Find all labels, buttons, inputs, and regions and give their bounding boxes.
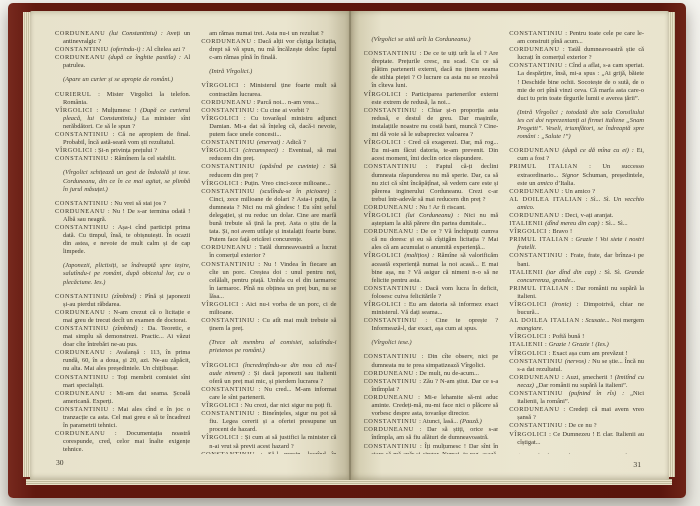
- speaker-name: ITALIENII: [509, 269, 543, 276]
- stage-direction-inline: (zîmbind) :: [112, 293, 142, 300]
- speaker-name: VÎRGOLICI: [509, 350, 547, 357]
- speaker-name: CORDUNEANU: [55, 30, 105, 37]
- speaker-name: CORDUNEANU: [201, 38, 251, 45]
- stage-direction-inline: (zîmbind) :: [113, 325, 144, 332]
- stage-direction-inline: (enervat) :: [257, 139, 284, 146]
- speaker-name: VÎRGOLICI: [201, 147, 239, 154]
- speaker-name: PRIMUL ITALIAN: [509, 236, 569, 243]
- dialogue-line: CONSTANTINIU : Frate, frate, dar brînza-…: [509, 252, 644, 268]
- speaker-name: CONSTANTINIU: [55, 200, 109, 207]
- speaker-name: CORDUNEANU: [55, 390, 105, 397]
- page-number-right: 31: [633, 460, 641, 469]
- speaker-name: CORDUNEANU: [364, 370, 414, 377]
- speaker-name: CORDUNEANU: [509, 188, 559, 195]
- stage-direction-inline: (oferindu-i) :: [111, 46, 145, 53]
- dialogue-line: CONSTANTINIU : Bineînțeles, sigur nu pot…: [201, 410, 336, 434]
- dialogue-line: CORDUNEANU : Dacă alții vor cîștiga lici…: [201, 38, 336, 62]
- dialogue-line: VÎRGOLICI : Ministerul ține foarte mult …: [201, 82, 336, 98]
- speaker-name: CORDUNEANU: [509, 46, 559, 53]
- dialogue-line: CONSTANTINIU : Dacă vom lucra în deficit…: [364, 285, 499, 301]
- dialogue-line: CONSTANTINIU : Pentru toate cele pe care…: [509, 30, 644, 46]
- dialogue-line: CORDUNEANU : Nu ! De s-ar termina odată …: [55, 208, 190, 224]
- speaker-name: CONSTANTINIU: [201, 163, 255, 170]
- stage-direction-inline: mangiare: [517, 325, 541, 332]
- dialogue-line: VÎRGOLICI : Cred că exagerezi. Dar, mă r…: [364, 139, 499, 163]
- dialogue-line: ITALIENII (iar dînd din cap) : Sì. Sì. G…: [509, 269, 644, 285]
- stage-direction: (Apare un curier și se apropie de români…: [55, 76, 190, 84]
- speaker-name: VÎRGOLICI: [201, 115, 239, 122]
- dialogue-line: CORDUNEANU : De mult, nu de-acum...: [364, 370, 499, 378]
- dialogue-line: CONSTANTINIU (nervos) : Nu se știe... În…: [509, 358, 644, 374]
- dialogue-line: CONSTANTINIU : Cu cine ai vorbit ?: [201, 107, 336, 115]
- speaker-name: CORDUNEANU: [55, 208, 105, 215]
- speaker-name: VÎRGOLICI: [201, 362, 239, 369]
- dialogue-line: CONSTANTINIU : De ce te uiți urît la el …: [364, 50, 499, 90]
- speaker-name: AL DOILEA ITALIAN: [509, 196, 582, 203]
- dialogue-continuation: am rămas numai trei. Asta nu-i un rezult…: [201, 30, 336, 38]
- speaker-name: VÎRGOLICI: [364, 252, 402, 259]
- dialogue-line: CONSTANTINIU : Din cîte observ, nici pe …: [364, 353, 499, 369]
- page-number-left: 30: [56, 458, 64, 467]
- speaker-name: VÎRGOLICI: [364, 301, 402, 308]
- stage-direction-inline: amico: [537, 180, 553, 187]
- speaker-name: CORDUNEANU: [201, 99, 251, 106]
- speaker-name: CONSTANTINIU: [509, 390, 563, 397]
- dialogue-line: CONSTANTINIU : Așa-i cînd participi prim…: [55, 224, 190, 256]
- stage-direction-inline: (ironic) :: [552, 301, 579, 308]
- dialogue-line: CORDUNEANU : Parcă noi... n-am vrea...: [201, 99, 336, 107]
- dialogue-line: CORDUNEANU : Credeți că mai avem vreo șa…: [509, 406, 644, 422]
- speaker-name: PRIMUL ITALIAN: [509, 163, 577, 170]
- dialogue-line: CONSTANTINIU : Chiar și-n proporția asta…: [364, 107, 499, 139]
- speaker-name: CONSTANTINIU: [55, 406, 109, 413]
- stage-direction: (Japonezii, plictisiți, se îndreaptă spr…: [55, 262, 190, 286]
- speaker-name: CORDUNEANU: [509, 374, 559, 381]
- speaker-name: CONSTANTINIU: [55, 131, 109, 138]
- speaker-name: VÎRGOLICI: [509, 228, 547, 235]
- dialogue-line: PRIMUL ITALIAN : Grazie ! Voi siete i no…: [509, 236, 644, 252]
- dialogue-line: VÎRGOLICI (malițios) : Rămîne să valorif…: [364, 252, 499, 284]
- dialogue-line: CONSTANTINIU (zîmbind) : Da. Teoretic, e…: [55, 325, 190, 349]
- dialogue-line: CORDUNEANU : De ce ? Vă închipuiți cumva…: [364, 228, 499, 252]
- speaker-name: ITALIENII: [509, 220, 543, 227]
- dialogue-line: CORDUNEANU : Dar să știți, orice s-ar în…: [364, 426, 499, 442]
- speaker-name: CORDUNEANU: [509, 406, 559, 413]
- dialogue-line: VÎRGOLICI : Participarea partenerilor ex…: [364, 91, 499, 107]
- speaker-name: CONSTANTINIU: [509, 62, 563, 69]
- dialogue-line: VÎRGOLICI : Exact așa cum am prevăzut !: [509, 350, 644, 358]
- dialogue-line: VÎRGOLICI (lui Corduneanu) : Nici nu mă …: [364, 212, 499, 228]
- speaker-name: VÎRGOLICI: [201, 402, 239, 409]
- speaker-name: CONSTANTINIU: [201, 107, 255, 114]
- speaker-name: CONSTANTINIU: [201, 261, 255, 268]
- dialogue-line: CORDUNEANU (după ce dă mîna cu ei) : Ei,…: [509, 147, 644, 163]
- speaker-name: CORDUNEANU: [364, 228, 414, 235]
- dialogue-line: CONSTANTINIU : Să-l previn, lucrînd în p…: [201, 451, 336, 454]
- dialogue-line: CORDUNEANU : Avalanșă : 113, în prima ru…: [55, 349, 190, 373]
- speaker-name: VÎRGOLICI: [201, 434, 239, 441]
- speaker-name: CORDUNEANU: [509, 212, 559, 219]
- speaker-name: CONSTANTINIU: [201, 317, 255, 324]
- speaker-name: CORDUNEANU: [201, 244, 251, 251]
- book-spread: CORDUNEANU (lui Constantiniu) : Aveți un…: [30, 11, 669, 480]
- stage-direction: (Intră Vîrgolici ; totodată din sala Con…: [509, 109, 644, 141]
- speaker-name: CONSTANTINIU: [509, 30, 563, 37]
- dialogue-line: CORDUNEANU : Tatăl dumneavoastră știe că…: [509, 46, 644, 62]
- speaker-name: CONSTANTINIU: [364, 418, 418, 425]
- dialogue-line: CONSTANTINIU : Nu cred... M-am informat …: [201, 386, 336, 402]
- dialogue-line: CURIERUL : Mister Virgolici la telefon. …: [55, 91, 190, 107]
- stage-direction-inline: (circumspect) :: [243, 147, 284, 154]
- speaker-name: AL DOILEA ITALIAN: [509, 317, 579, 324]
- dialogue-line: VÎRGOLICI : Poftă bună !: [509, 333, 644, 341]
- dialogue-line: CONSTANTINIU (apăsînd pe cuvinte) : Să r…: [201, 163, 336, 179]
- speaker-name: CORDUNEANU: [364, 426, 414, 433]
- speaker-name: CONSTANTINIU: [55, 224, 109, 231]
- dialogue-line: VÎRGOLICI : Cu tovarășul ministru adjunc…: [201, 115, 336, 139]
- dialogue-line: CONSTANTINIU : Îți mulțumesc ! Dar sînt …: [364, 443, 499, 455]
- speaker-name: CURIERUL: [55, 91, 91, 98]
- speaker-name: CONSTANTINIU: [509, 252, 563, 259]
- dialogue-line: CORDUNEANU : Auzi, șmecherii ! (Imitînd …: [509, 374, 644, 390]
- dialogue-line: VÎRGOLICI : Nu crezi, dar nici sigur nu …: [201, 402, 336, 410]
- speaker-name: CONSTANTINIU: [364, 285, 418, 292]
- speaker-name: CONSTANTINIU: [201, 451, 255, 454]
- speaker-name: CONSTANTINIU: [55, 155, 109, 162]
- stage-direction-inline: (iar dînd din cap) :: [546, 269, 601, 276]
- speaker-name: CONSTANTINIU: [55, 374, 109, 381]
- stage-direction-inline: (sculîndu-se în picioare) :: [260, 188, 337, 195]
- text-column-left-2: am rămas numai trei. Asta nu-i un rezult…: [201, 30, 336, 454]
- speaker-name: CONSTANTINIU: [364, 107, 418, 114]
- dialogue-line: CORDUNEANU : Documentația noastră coresp…: [55, 430, 190, 454]
- dialogue-line: CONSTANTINIU : Nu ! Vindea în fiecare an…: [201, 261, 336, 301]
- dialogue-line: CONSTANTINIU : Mai ales cînd e în joc o …: [55, 406, 190, 430]
- dialogue-line: CONSTANTINIU (oferindu-i) : Al cîtelea a…: [55, 46, 190, 54]
- speaker-name: CORDUNEANU: [55, 54, 105, 61]
- speaker-name: CONSTANTINIU: [201, 386, 255, 393]
- speaker-name: PRIMUL ITALIAN: [509, 285, 569, 292]
- speaker-name: VÎRGOLICI: [55, 107, 93, 114]
- speaker-name: VÎRGOLICI: [509, 431, 547, 438]
- text-column-left-1: CORDUNEANU (lui Constantiniu) : Aveți un…: [55, 30, 190, 454]
- speaker-name: CONSTANTINIU: [55, 293, 109, 300]
- speaker-name: VÎRGOLICI: [509, 301, 547, 308]
- dialogue-line: CONSTANTINIU : Zău ? N-am știut. Dar ce …: [364, 378, 499, 394]
- text-column-right-1: (Vîrgolici se uită urît la Corduneanu.)C…: [364, 30, 499, 454]
- dialogue-line: VÎRGOLICI : Și-n privința prețului ?: [55, 147, 190, 155]
- dialogue-line: VÎRGOLICI : Mulțumesc ! (După ce curieru…: [55, 107, 190, 131]
- speaker-name: CORDUNEANU: [509, 147, 559, 154]
- dialogue-line: AL DOILEA ITALIAN : Scusate... Noi merge…: [509, 317, 644, 333]
- dialogue-line: PRIMUL ITALIAN : Dar românii nu supără l…: [509, 285, 644, 301]
- dialogue-line: CONSTANTINIU (enervat) : Adică ?: [201, 139, 336, 147]
- book-cover: CORDUNEANU (lui Constantiniu) : Aveți un…: [8, 3, 686, 498]
- stage-direction: (Vîrgolici se uită urît la Corduneanu.): [364, 36, 499, 44]
- stage-direction-inline: (Pauză.): [460, 418, 482, 425]
- dialogue-line: ITALIENII : Grazie ! Grazie ! (Ies.): [509, 341, 644, 349]
- stage-direction-inline: (lui Constantiniu) :: [109, 30, 163, 37]
- speaker-name: CONSTANTINIU: [364, 317, 418, 324]
- stage-direction-inline: (pufnind în rîs) :: [569, 390, 624, 397]
- dialogue-line: CONSTANTINIU : Atunci, lasă... (Pauză.): [364, 418, 499, 426]
- stage-direction: (Vîrgolici iese.): [364, 339, 499, 347]
- dialogue-line: CONSTANTINIU : De ce nu ?: [509, 422, 644, 430]
- dialogue-line: CONSTANTINIU (zîmbind) : Pînă și japonez…: [55, 293, 190, 309]
- dialogue-line: CORDUNEANU : Deci, v-ați aranjat.: [509, 212, 644, 220]
- speaker-name: CONSTANTINIU: [55, 325, 109, 332]
- stage-direction-inline: (Ies.): [595, 341, 608, 348]
- page-left: CORDUNEANU (lui Constantiniu) : Aveți un…: [30, 11, 350, 480]
- stage-direction-inline: (malițios) :: [404, 252, 434, 259]
- speaker-name: CONSTANTINIU: [201, 139, 255, 146]
- speaker-name: VÎRGOLICI: [201, 301, 239, 308]
- dialogue-line: CONSTANTINIU : Toți membrii comisiei sîn…: [55, 374, 190, 390]
- photo-background: CORDUNEANU (lui Constantiniu) : Aveți un…: [0, 0, 700, 506]
- speaker-name: VÎRGOLICI: [201, 82, 239, 89]
- speaker-name: CONSTANTINIU: [364, 443, 418, 450]
- page-right: (Vîrgolici se uită urît la Corduneanu.)C…: [350, 11, 670, 480]
- dialogue-line: CORDUNEANU : Un amico ?: [509, 188, 644, 196]
- dialogue-line: CONSTANTINIU : Faptul că-ți declini dumn…: [364, 163, 499, 203]
- dialogue-line: PRIMUL ITALIAN : Un successo extraordina…: [509, 163, 644, 187]
- stage-direction-inline: (după ce dă mîna cu ei) :: [562, 147, 634, 154]
- speaker-name: CORDUNEANU: [364, 204, 414, 211]
- speaker-name: CORDUNEANU: [55, 430, 105, 437]
- dialogue-line: CORDUNEANU : Nu ! Ar fi riscant.: [364, 204, 499, 212]
- speaker-name: CONSTANTINIU: [509, 358, 563, 365]
- speaker-name: CONSTANTINIU: [201, 410, 255, 417]
- stage-direction: (Intră Vîrgolici.): [201, 68, 336, 76]
- stage-direction-inline: Scusate...: [585, 317, 609, 324]
- dialogue-line: CONSTANTINIU : Că ne apropiem de final. …: [55, 131, 190, 147]
- speaker-name: VÎRGOLICI: [364, 91, 402, 98]
- dialogue-line: CONSTANTINIU (pufnind în rîs) : „Nici it…: [509, 390, 644, 406]
- book-gutter: [349, 11, 351, 480]
- stage-direction-inline: (apăsînd pe cuvinte) :: [260, 163, 326, 170]
- speaker-name: CORDUNEANU: [55, 309, 105, 316]
- speaker-name: CONSTANTINIU: [55, 46, 109, 53]
- dialogue-line: CORDUNEANU (lui Constantiniu) : Aveți un…: [55, 30, 190, 46]
- speaker-name: CORDUNEANU: [364, 394, 414, 401]
- dialogue-line: CORDUNEANU : N-am crezut că o licitație …: [55, 309, 190, 325]
- dialogue-line: VÎRGOLICI : Eu am datoria să informez ex…: [364, 301, 499, 317]
- dialogue-line: VÎRGOLICI (încredințîndu-se din nou că n…: [201, 362, 336, 386]
- speaker-name: CONSTANTINIU: [201, 188, 255, 195]
- dialogue-line: CORDUNEANU : Tatăl dumneavoastră a lucra…: [201, 244, 336, 260]
- stage-direction-inline: (nervos) :: [565, 358, 590, 365]
- dialogue-line: CONSTANTINIU : Nu vrei să stai jos ?: [55, 200, 190, 208]
- dialogue-line: CORDUNEANU : Mi-am dat seama. Școală ame…: [55, 390, 190, 406]
- dialogue-line: CONSTANTINIU : Cînd a aflat, s-a cam spe…: [509, 62, 644, 102]
- dialogue-line: VÎRGOLICI : Puțin. Vreo cinci-zece milio…: [201, 180, 336, 188]
- speaker-name: VÎRGOLICI: [509, 333, 547, 340]
- dialogue-line: CORDUNEANU (după ce înghite pastila) : A…: [55, 54, 190, 70]
- dialogue-line: CONSTANTINIU : Rămînem la cel stabilit.: [55, 155, 190, 163]
- speaker-name: VÎRGOLICI: [201, 180, 239, 187]
- speaker-name: VÎRGOLICI: [364, 139, 402, 146]
- speaker-name: VÎRGOLICI: [55, 147, 93, 154]
- dialogue-line: VÎRGOLICI : Ce Dumnezeu ! E clar. Italie…: [509, 431, 644, 447]
- stage-direction-inline: (dînd mereu din cap) :: [545, 220, 603, 227]
- dialogue-line: CONSTANTINIU : Cine te oprește ? Informe…: [364, 317, 499, 333]
- speaker-name: CONSTANTINIU: [364, 163, 418, 170]
- speaker-name: CONSTANTINIU: [364, 50, 418, 57]
- dialogue-line: CORDUNEANU : Mi-e lehamite să-mi aduc am…: [364, 394, 499, 418]
- stage-direction-inline: Signor: [562, 172, 579, 179]
- dialogue-line: ITALIENII (dînd mereu din cap) : Sì... S…: [509, 220, 644, 228]
- dialogue-line: VÎRGOLICI (ironic) : Dimpotrivă, chiar n…: [509, 301, 644, 317]
- page-fore-edge-right: [669, 12, 675, 477]
- stage-direction-inline: (lui Corduneanu) :: [406, 212, 460, 219]
- page-fore-edge-left: [23, 12, 30, 477]
- stage-direction-inline: (după ce înghite pastila) :: [108, 54, 181, 61]
- dialogue-line: VÎRGOLICI (circumspect) : Eventual, să m…: [201, 147, 336, 163]
- dialogue-line: VÎRGOLICI : Bravo !: [509, 228, 644, 236]
- speaker-name: VÎRGOLICI: [364, 212, 402, 219]
- speaker-name: CONSTANTINIU: [509, 422, 563, 429]
- speaker-name: CONSTANTINIU: [364, 353, 418, 360]
- speaker-name: ITALIENII: [509, 341, 543, 348]
- stage-direction: (Trece alt membru al comisiei, salutîndu…: [201, 339, 336, 355]
- speaker-name: CORDUNEANU: [55, 349, 105, 356]
- dialogue-line: CONSTANTINIU : Cu atît mai mult trebuie …: [201, 317, 336, 333]
- text-column-right-2: CONSTANTINIU : Pentru toate cele pe care…: [509, 30, 644, 454]
- dialogue-line: VÎRGOLICI : Aici nu-i vorba de un porc, …: [201, 301, 336, 317]
- dialogue-line: AL DOILEA ITALIAN : Sì... Sì. Un vecchio…: [509, 196, 644, 212]
- stage-direction: (Din sala de consiliu iese comisia : Sch…: [509, 453, 644, 454]
- dialogue-line: VÎRGOLICI : Și cum ai să justifici la mi…: [201, 434, 336, 450]
- dialogue-line: CONSTANTINIU (sculîndu-se în picioare) :…: [201, 188, 336, 245]
- stage-direction-inline: Grazie ! Grazie !: [549, 341, 594, 348]
- speaker-name: CONSTANTINIU: [364, 378, 418, 385]
- stage-direction: (Vîrgolici schițează un gest de îndoială…: [55, 169, 190, 193]
